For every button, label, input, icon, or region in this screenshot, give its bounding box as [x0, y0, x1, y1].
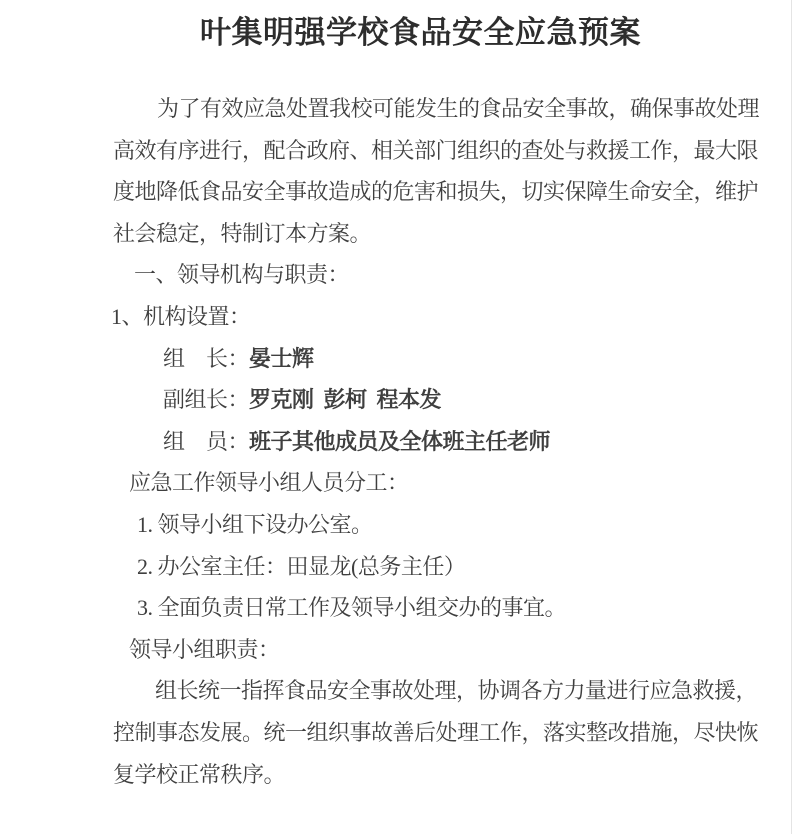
line-text: 副组长： [163, 387, 249, 412]
line-text: 控制事态发展。统一组织事故善后处理工作，落实整改措施，尽快恢 [113, 720, 758, 745]
line-text: 组 长： [163, 346, 249, 371]
document-line: 组 员：班子其他成员及全体班主任老师 [163, 421, 761, 463]
line-text: 应急工作领导小组人员分工： [129, 470, 409, 495]
document-body: 为了有效应急处置我校可能发生的食品安全事故，确保事故处理高效有序进行，配合政府、… [113, 88, 761, 795]
line-text: 一、领导机构与职责： [134, 262, 349, 287]
document-line: 一、领导机构与职责： [134, 254, 761, 296]
document-line: 组 长：晏士辉 [163, 338, 761, 380]
document-line: 为了有效应急处置我校可能发生的食品安全事故，确保事故处理 [157, 88, 761, 130]
line-text: 组 员： [163, 429, 249, 454]
line-text: 1、机构设置： [111, 304, 251, 329]
line-text: 高效有序进行，配合政府、相关部门组织的查处与救援工作，最大限 [113, 138, 758, 163]
line-text: 3. 全面负责日常工作及领导小组交办的事宜。 [137, 595, 566, 620]
line-text: 社会稳定，特制订本方案。 [113, 221, 371, 246]
line-text: 度地降低食品安全事故造成的危害和损失，切实保障生命安全，维护 [113, 179, 758, 204]
line-text: 2. 办公室主任：田显龙(总务主任） [137, 554, 465, 579]
document-line: 2. 办公室主任：田显龙(总务主任） [137, 546, 761, 588]
document-line: 应急工作领导小组人员分工： [129, 462, 761, 504]
document-title: 叶集明强学校食品安全应急预案 [0, 0, 791, 52]
document-line: 组长统一指挥食品安全事故处理，协调各方力量进行应急救援， [155, 670, 761, 712]
line-text: 1. 领导小组下设办公室。 [137, 512, 373, 537]
line-value: 晏士辉 [249, 346, 314, 371]
document-line: 1、机构设置： [111, 296, 761, 338]
document-line: 高效有序进行，配合政府、相关部门组织的查处与救援工作，最大限 [113, 130, 761, 172]
line-text: 复学校正常秩序。 [113, 762, 285, 787]
document-line: 3. 全面负责日常工作及领导小组交办的事宜。 [137, 587, 761, 629]
document-line: 1. 领导小组下设办公室。 [137, 504, 761, 546]
document-line: 领导小组职责： [129, 629, 761, 671]
line-text: 领导小组职责： [129, 637, 280, 662]
line-text: 为了有效应急处置我校可能发生的食品安全事故，确保事故处理 [157, 96, 759, 121]
document-line: 度地降低食品安全事故造成的危害和损失，切实保障生命安全，维护 [113, 171, 761, 213]
document-page: 叶集明强学校食品安全应急预案 为了有效应急处置我校可能发生的食品安全事故，确保事… [0, 0, 792, 834]
document-line: 社会稳定，特制订本方案。 [113, 213, 761, 255]
line-value: 罗克刚 彭柯 程本发 [249, 387, 441, 412]
document-line: 副组长：罗克刚 彭柯 程本发 [163, 379, 761, 421]
document-line: 复学校正常秩序。 [113, 754, 761, 796]
line-value: 班子其他成员及全体班主任老师 [249, 429, 550, 454]
document-line: 控制事态发展。统一组织事故善后处理工作，落实整改措施，尽快恢 [113, 712, 761, 754]
line-text: 组长统一指挥食品安全事故处理，协调各方力量进行应急救援， [155, 678, 757, 703]
